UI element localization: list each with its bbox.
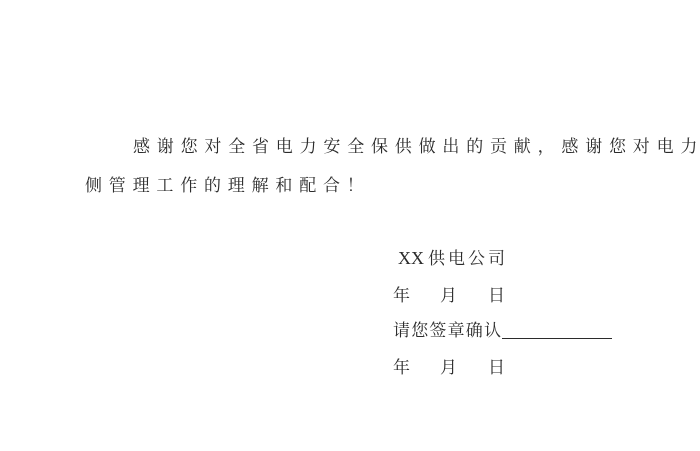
document-page: 感谢您对全省电力安全保供做出的贡献，感谢您对电力需求 侧管理工作的理解和配合！ … [0, 0, 700, 451]
signature-confirm-row: 请您签章确认 [393, 321, 612, 341]
date-month-label: 月 [440, 286, 457, 306]
company-name: 供电公司 [428, 249, 508, 269]
paragraph-line-2: 侧管理工作的理解和配合！ [85, 176, 371, 196]
date-day-label: 日 [488, 358, 505, 378]
date-month-label: 月 [440, 358, 457, 378]
company-prefix: XX [398, 248, 424, 268]
date-year-label: 年 [393, 286, 410, 306]
date-year-label: 年 [393, 358, 410, 378]
signature-blank-line [502, 337, 612, 339]
confirm-label: 请您签章确认 [393, 321, 502, 341]
paragraph-line-1: 感谢您对全省电力安全保供做出的贡献，感谢您对电力需求 [133, 137, 700, 157]
company-signature: XX供电公司 [398, 248, 508, 269]
date-day-label: 日 [488, 286, 505, 306]
